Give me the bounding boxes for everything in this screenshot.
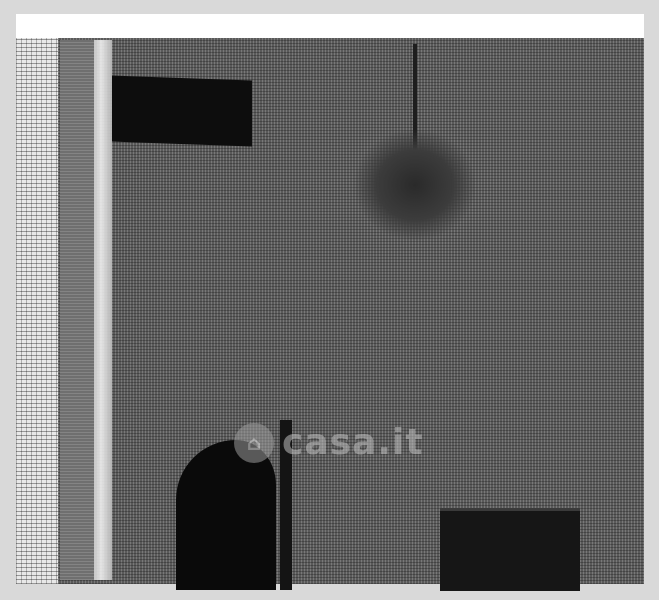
dark-sign-panel — [112, 76, 252, 147]
watermark-text: casa.it — [282, 422, 424, 463]
scan-margin-strip — [16, 38, 58, 584]
box-object — [440, 508, 580, 591]
watermark: ⌂ casa.it — [234, 422, 424, 463]
house-icon: ⌂ — [234, 423, 274, 463]
wall-pillar — [60, 40, 96, 580]
hanging-lamp — [355, 130, 475, 240]
light-column — [94, 40, 112, 580]
